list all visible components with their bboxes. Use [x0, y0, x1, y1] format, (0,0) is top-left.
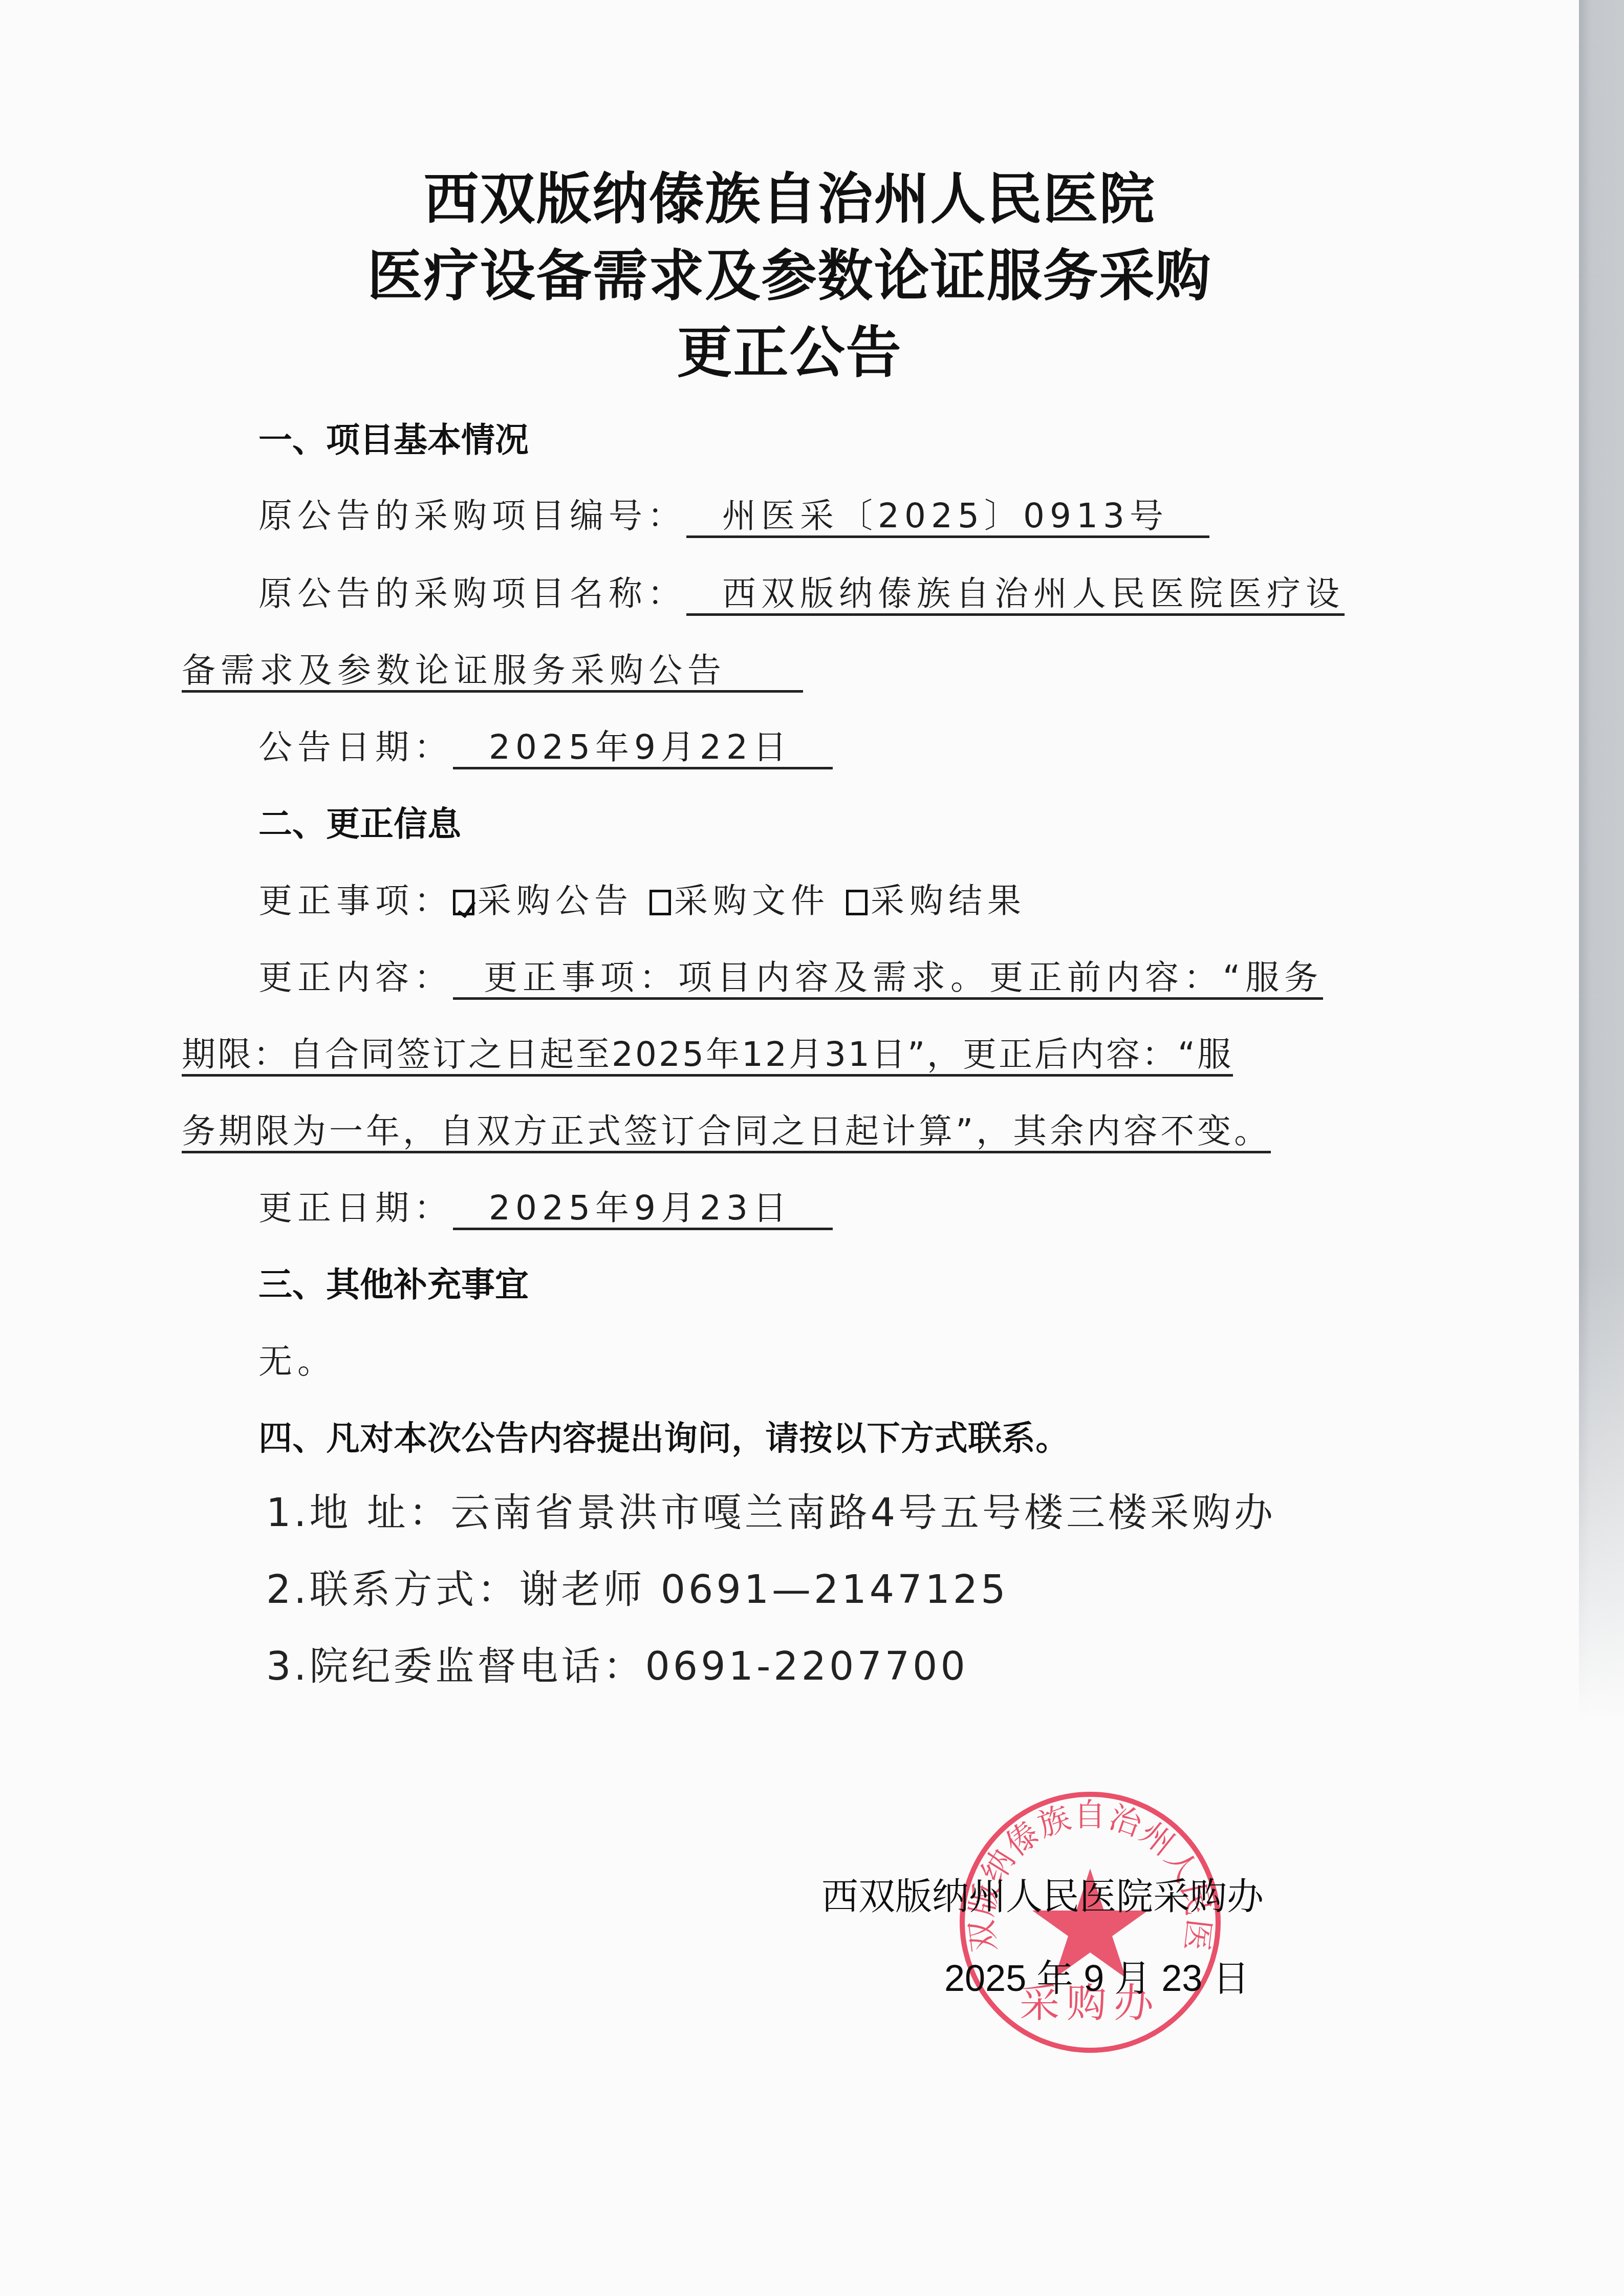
- announce-date-label: 公告日期：: [258, 727, 453, 767]
- announce-date-row: 公告日期：2025年9月22日: [258, 727, 833, 769]
- document-title-line3: 更正公告: [0, 325, 1579, 380]
- section3-body: 无。: [258, 1341, 336, 1382]
- correction-date-value: 2025年9月23日: [453, 1190, 833, 1230]
- signature-date: 2025 年 9 月 23 日: [944, 1958, 1249, 1999]
- signature-organization: 西双版纳州人民医院采购办: [821, 1876, 1264, 1917]
- seal-star-icon: 西双版纳傣族自治州人民医院 采购办: [960, 1792, 1221, 2053]
- section4-heading: 四、凡对本次公告内容提出询问，请按以下方式联系。: [258, 1418, 1069, 1459]
- project-number-row: 原公告的采购项目编号：州医采〔2025〕0913号: [258, 496, 1209, 538]
- document-page: 西双版纳傣族自治州人民医院 医疗设备需求及参数论证服务采购 更正公告 一、项目基…: [0, 0, 1579, 2296]
- correction-content-row: 更正内容：更正事项：项目内容及需求。更正前内容：“服务: [258, 957, 1323, 1000]
- correction-content-line3: 务期限为一年，自双方正式签订合同之日起计算”，其余内容不变。: [182, 1113, 1271, 1153]
- correction-content-label: 更正内容：: [258, 958, 453, 997]
- project-name-label: 原公告的采购项目名称：: [258, 574, 686, 613]
- section1-heading: 一、项目基本情况: [258, 420, 529, 461]
- correction-content-row2: 期限：自合同签订之日起至2025年12月31日”，更正后内容：“服: [182, 1034, 1233, 1077]
- announce-date-value: 2025年9月22日: [453, 729, 833, 769]
- project-name-row-cont: 备需求及参数论证服务采购公告: [182, 650, 803, 693]
- correction-content-line2: 期限：自合同签订之日起至2025年12月31日”，更正后内容：“服: [182, 1036, 1233, 1077]
- project-name-value-line2: 备需求及参数论证服务采购公告: [182, 652, 803, 693]
- official-seal-stamp: 西双版纳傣族自治州人民医院 采购办: [960, 1792, 1221, 2053]
- section2-heading: 二、更正信息: [258, 804, 461, 845]
- document-title-line1: 西双版纳傣族自治州人民医院: [0, 171, 1579, 227]
- correction-content-row3: 务期限为一年，自双方正式签订合同之日起计算”，其余内容不变。: [182, 1111, 1271, 1153]
- correction-items-row: 更正事项：采购公告采购文件采购结果: [258, 881, 1043, 921]
- contact-supervision-phone: 3.院纪委监督电话：0691-2207700: [266, 1643, 968, 1689]
- unchecked-box-icon: [649, 890, 671, 915]
- option-documents: 采购文件: [649, 881, 830, 920]
- project-name-value-line1: 西双版纳傣族自治州人民医院医疗设: [686, 575, 1345, 616]
- contact-address: 1.地 址：云南省景洪市嘎兰南路4号五号楼三楼采购办: [266, 1490, 1276, 1536]
- unchecked-box-icon: [846, 890, 868, 915]
- contact-phone: 2.联系方式：谢老师 0691—2147125: [266, 1567, 1009, 1613]
- document-title-line2: 医疗设备需求及参数论证服务采购: [0, 248, 1579, 304]
- scan-edge-fade: [1579, 0, 1624, 2296]
- project-name-row: 原公告的采购项目名称：西双版纳傣族自治州人民医院医疗设: [258, 573, 1345, 616]
- correction-items-label: 更正事项：: [258, 881, 453, 920]
- correction-content-line1: 更正事项：项目内容及需求。更正前内容：“服务: [453, 959, 1323, 1000]
- option-results: 采购结果: [846, 881, 1026, 920]
- project-number-label: 原公告的采购项目编号：: [258, 496, 686, 535]
- section3-heading: 三、其他补充事宜: [258, 1264, 529, 1305]
- correction-date-row: 更正日期：2025年9月23日: [258, 1188, 833, 1230]
- option-announcement: 采购公告: [453, 881, 633, 920]
- correction-date-label: 更正日期：: [258, 1188, 453, 1228]
- project-number-value: 州医采〔2025〕0913号: [686, 498, 1209, 538]
- checked-box-icon: [453, 890, 474, 915]
